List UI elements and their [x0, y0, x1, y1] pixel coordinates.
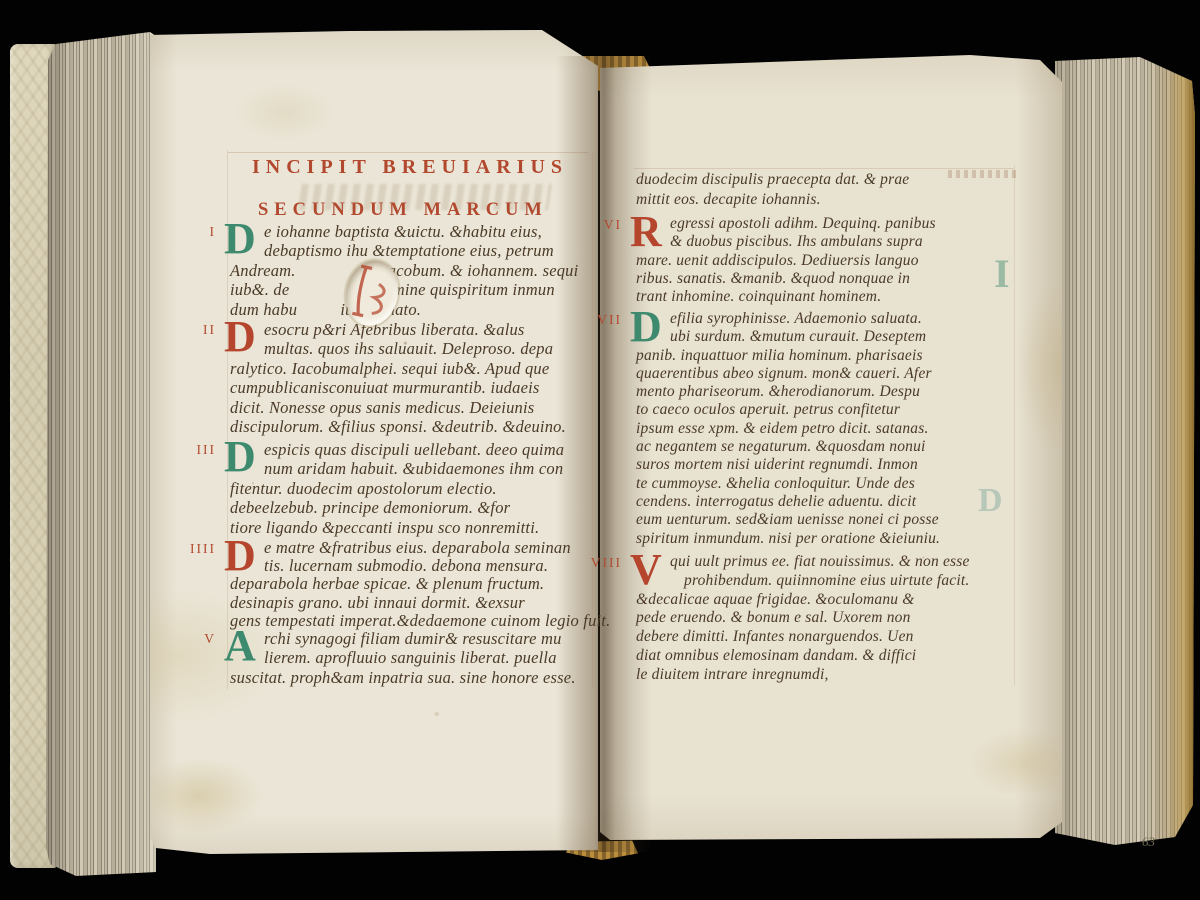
- text-line: mare. uenit addiscipulos. Dediuersis lan…: [636, 252, 1020, 270]
- text-line: duodecim discipulis praecepta dat. & pra…: [636, 170, 1020, 190]
- text-line: deparabola herbae spicae. & plenum fruct…: [230, 575, 594, 593]
- chapter-numeral: VII: [578, 312, 622, 328]
- continuation-text: duodecim discipulis praecepta dat. & pra…: [636, 170, 1020, 210]
- text-line: &decalicae aquae frigidae. &oculomanu &: [636, 591, 1020, 610]
- text-line: cendens. interrogatus dehelie aduentu. d…: [636, 493, 1020, 511]
- text-line: gens tempestati imperat.&dedaemone cuino…: [230, 612, 594, 630]
- text-line: desinapis grano. ubi innaui dormit. &exs…: [230, 594, 594, 612]
- text-line: cumpublicanisconuiuat murmurantib. iudae…: [230, 378, 594, 397]
- text-line: panib. inquattuor milia hominum. pharisa…: [636, 347, 1020, 365]
- text-line: egressi apostoli adihm. Dequinq. panibus: [636, 215, 1020, 233]
- chapter-entry-iii: III D espicis quas discipuli uellebant. …: [230, 440, 594, 537]
- chapter-entry-iiii: IIII D e matre &fratribus eius. deparabo…: [230, 539, 594, 630]
- text-line: e matre &fratribus eius. deparabola semi…: [230, 539, 594, 557]
- chapter-numeral: V: [172, 631, 216, 647]
- text-line: num aridam habuit. &ubidaemones ihm con: [230, 459, 594, 478]
- chapter-entry-i: I D e iohanne baptista &uictu. &habitu e…: [230, 222, 594, 319]
- text-line: ralytico. Iacobumalphei. sequi iub&. Apu…: [230, 359, 594, 378]
- text-line: discipulorum. &filius sponsi. &deutrib. …: [230, 417, 594, 436]
- text-line: lierem. aprofluuio sanguinis liberat. pu…: [230, 648, 594, 667]
- text-line: esocru p&ri Afebribus liberata. &alus: [230, 320, 594, 339]
- text-line: debere dimitti. Infantes nonarguendos. U…: [636, 628, 1020, 647]
- text-line: espicis quas discipuli uellebant. deeo q…: [230, 440, 594, 459]
- text-line: fitentur. duodecim apostolorum electio.: [230, 479, 594, 498]
- text-line: to caeco oculos aperuit. petrus confitet…: [636, 401, 1020, 419]
- folio-number: 63: [1142, 834, 1155, 850]
- text-line: pede eruendo. & bonum e sal. Uxorem non: [636, 609, 1020, 628]
- text-line: dicit. Nonesse opus sanis medicus. Deiei…: [230, 398, 594, 417]
- text-line: tis. lucernam submodio. debona mensura.: [230, 557, 594, 575]
- text-line: debaptismo ihu &temptatione eius, petrum: [230, 241, 594, 260]
- secundum-marcum-heading: SECUNDUM MARCUM: [258, 200, 548, 221]
- chapter-entry-ii: II D esocru p&ri Afebribus liberata. &al…: [230, 320, 594, 436]
- text-line: ubi surdum. &mutum curauit. Deseptem: [636, 328, 1020, 346]
- text-line: e iohanne baptista &uictu. &habitu eius,: [230, 222, 594, 241]
- chapter-entry-vi: VI R egressi apostoli adihm. Dequinq. pa…: [636, 215, 1020, 306]
- chapter-numeral: VI: [578, 217, 622, 233]
- chapter-entry-vii: VII D efilia syrophinisse. Adaemonio sal…: [636, 310, 1020, 548]
- text-line: multas. quos ihs saluauit. Deleproso. de…: [230, 339, 594, 358]
- text-line: le diuitem intrare inregnumdi,: [636, 666, 1020, 685]
- incipit-heading: INCIPIT BREUIARIUS: [252, 156, 568, 179]
- text-line: efilia syrophinisse. Adaemonio saluata.: [636, 310, 1020, 328]
- chapter-numeral: I: [172, 224, 216, 240]
- chapter-numeral: III: [172, 442, 216, 458]
- chapter-numeral: II: [172, 322, 216, 338]
- text-line: tiore ligando &peccanti inspu sco nonrem…: [230, 518, 594, 537]
- text-line: qui uult primus ee. fiat nouissimus. & n…: [636, 553, 1020, 572]
- page-content: INCIPIT BREUIARIUS SECUNDUM MARCUM I D e…: [0, 0, 1200, 900]
- chapter-entry-viii: VIII V qui uult primus ee. fiat nouissim…: [636, 553, 1020, 685]
- text-line: suros mortem nisi uiderint regnumdi. Inm…: [636, 456, 1020, 474]
- text-line: ribus. sanatis. &manib. &quod nonquae in: [636, 270, 1020, 288]
- text-line: eum uenturum. sed&iam uenisse nonei ci p…: [636, 511, 1020, 529]
- text-line: ac negantem se negaturum. &quosdam nonui: [636, 438, 1020, 456]
- text-line: quaerentibus abeo signum. mon& caueri. A…: [636, 365, 1020, 383]
- text-line: ipsum esse xpm. & eidem petro dicit. sat…: [636, 420, 1020, 438]
- ruling-line: [228, 152, 588, 153]
- text-line: te cummoyse. &helia conloquitur. Unde de…: [636, 475, 1020, 493]
- text-line: spiritum inmundum. nisi per oratione &ie…: [636, 530, 1020, 548]
- text-line: & duobus piscibus. Ihs ambulans supra: [636, 233, 1020, 251]
- text-line: iub&. de homine quispiritum inmun: [230, 280, 594, 299]
- text-line: debeelzebub. principe demoniorum. &for: [230, 498, 594, 517]
- text-line: dum habu it sanato.: [230, 300, 594, 319]
- text-line: Andream. Iacobum. & iohannem. sequi: [230, 261, 594, 280]
- manuscript-photo: INCIPIT BREUIARIUS SECUNDUM MARCUM I D e…: [0, 0, 1200, 900]
- chapter-numeral: VIII: [578, 555, 622, 571]
- ruling-line: [634, 168, 1014, 169]
- text-line: prohibendum. quiinnomine eius uirtute fa…: [636, 572, 1020, 591]
- text-line: suscitat. proph&am inpatria sua. sine ho…: [230, 668, 594, 687]
- text-line: mento phariseorum. &herodianorum. Despu: [636, 383, 1020, 401]
- text-line: diat omnibus elemosinam dandam. & diffic…: [636, 647, 1020, 666]
- text-line: trant inhomine. coinquinant hominem.: [636, 288, 1020, 306]
- chapter-numeral: IIII: [172, 541, 216, 557]
- text-line: rchi synagogi filiam dumir& resuscitare …: [230, 629, 594, 648]
- text-line: mittit eos. decapite iohannis.: [636, 190, 1020, 210]
- chapter-entry-v: V A rchi synagogi filiam dumir& resuscit…: [230, 629, 594, 687]
